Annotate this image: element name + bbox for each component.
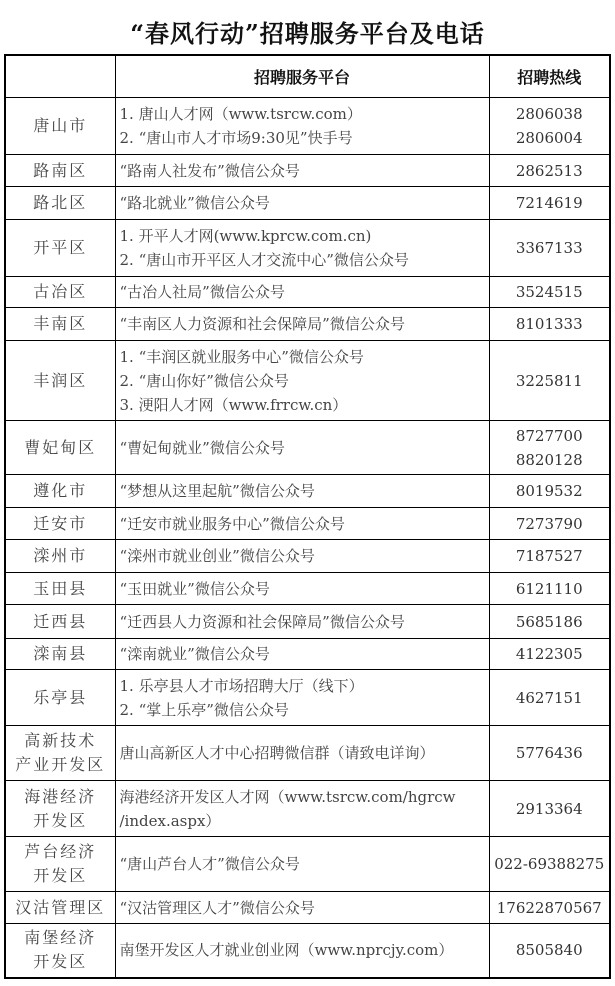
table-row: 乐亭县1. 乐亭县人才市场招聘大厅（线下）2. “掌上乐亭”微信公众号46271… xyxy=(5,670,610,726)
hotline-cell: 7214619 xyxy=(489,187,610,220)
region-cell: 滦州市 xyxy=(5,540,115,573)
hotline-cell: 7273790 xyxy=(489,508,610,540)
platform-cell-line: “迁西县人力资源和社会保障局”微信公众号 xyxy=(120,610,489,634)
platform-cell: “丰南区人力资源和社会保障局”微信公众号 xyxy=(115,308,489,341)
hotline-cell: 4627151 xyxy=(489,670,610,726)
region-cell-line: 丰南区 xyxy=(6,312,115,336)
platform-cell: 1. “丰润区就业服务中心”微信公众号2. “唐山你好”微信公众号3. 浭阳人才… xyxy=(115,341,489,421)
platform-cell-line: 南堡开发区人才就业创业网（www.nprcjy.com） xyxy=(120,938,489,962)
hotline-cell-line: 8820128 xyxy=(490,448,610,472)
region-cell: 汉沽管理区 xyxy=(5,892,115,924)
region-cell: 迁西县 xyxy=(5,605,115,639)
region-cell-line: 开发区 xyxy=(6,864,115,888)
hotline-cell-line: 7187527 xyxy=(490,544,610,568)
hotline-cell: 3225811 xyxy=(489,341,610,421)
platform-cell-line: 2. “唐山市人才市场9:30见”快手号 xyxy=(120,126,489,150)
platform-cell-line: 3. 浭阳人才网（www.frrcw.cn） xyxy=(120,393,489,417)
hotline-cell: 8505840 xyxy=(489,924,610,978)
hotline-cell-line: 3225811 xyxy=(490,369,610,393)
region-cell: 丰润区 xyxy=(5,341,115,421)
platform-cell-line: “路北就业”微信公众号 xyxy=(120,191,489,215)
hotline-cell: 17622870567 xyxy=(489,892,610,924)
platform-cell-line: “梦想从这里起航”微信公众号 xyxy=(120,479,489,503)
region-cell: 乐亭县 xyxy=(5,670,115,726)
hotline-cell: 87277008820128 xyxy=(489,421,610,475)
region-cell: 遵化市 xyxy=(5,475,115,508)
hotline-cell: 4122305 xyxy=(489,639,610,670)
region-cell-line: 乐亭县 xyxy=(6,686,115,710)
table-row: 海港经济开发区海港经济开发区人才网（www.tsrcw.com/hgrcw/in… xyxy=(5,781,610,837)
table-row: 古冶区“古冶人社局”微信公众号3524515 xyxy=(5,277,610,308)
table-row: 丰南区“丰南区人力资源和社会保障局”微信公众号8101333 xyxy=(5,308,610,341)
table-row: 汉沽管理区“汉沽管理区人才”微信公众号17622870567 xyxy=(5,892,610,924)
hotline-cell: 7187527 xyxy=(489,540,610,573)
hotline-cell: 3367133 xyxy=(489,220,610,277)
region-cell-line: 路南区 xyxy=(6,159,115,183)
hotline-cell-line: 022-69388275 xyxy=(490,852,610,876)
region-cell-line: 路北区 xyxy=(6,191,115,215)
platform-cell: “汉沽管理区人才”微信公众号 xyxy=(115,892,489,924)
hotline-cell-line: 5776436 xyxy=(490,741,610,765)
platform-cell: 1. 开平人才网(www.kprcw.com.cn)2. “唐山市开平区人才交流… xyxy=(115,220,489,277)
table-row: 迁安市“迁安市就业服务中心”微信公众号7273790 xyxy=(5,508,610,540)
table-row: 高新技术产业开发区唐山高新区人才中心招聘微信群（请致电详询）5776436 xyxy=(5,726,610,781)
region-cell: 古冶区 xyxy=(5,277,115,308)
hotline-cell-line: 8727700 xyxy=(490,424,610,448)
region-cell: 海港经济开发区 xyxy=(5,781,115,837)
platform-cell: “迁西县人力资源和社会保障局”微信公众号 xyxy=(115,605,489,639)
platform-cell-line: 海港经济开发区人才网（www.tsrcw.com/hgrcw xyxy=(120,785,489,809)
table-row: 唐山市1. 唐山人才网（www.tsrcw.com）2. “唐山市人才市场9:3… xyxy=(5,98,610,155)
platform-cell-line: “路南人社发布”微信公众号 xyxy=(120,159,489,183)
hotline-cell-line: 6121110 xyxy=(490,577,610,601)
table-row: 丰润区1. “丰润区就业服务中心”微信公众号2. “唐山你好”微信公众号3. 浭… xyxy=(5,341,610,421)
platform-cell-line: “古冶人社局”微信公众号 xyxy=(120,280,489,304)
hotline-cell: 8019532 xyxy=(489,475,610,508)
table-body: 唐山市1. 唐山人才网（www.tsrcw.com）2. “唐山市人才市场9:3… xyxy=(5,98,610,978)
table-row: 南堡经济开发区南堡开发区人才就业创业网（www.nprcjy.com）85058… xyxy=(5,924,610,978)
hotline-cell: 5776436 xyxy=(489,726,610,781)
hotline-cell-line: 8505840 xyxy=(490,938,610,962)
region-cell-line: 南堡经济 xyxy=(6,926,115,950)
region-cell-line: 曹妃甸区 xyxy=(6,436,115,460)
hotline-cell: 8101333 xyxy=(489,308,610,341)
region-cell-line: 滦南县 xyxy=(6,642,115,666)
region-cell: 丰南区 xyxy=(5,308,115,341)
hotline-cell-line: 4122305 xyxy=(490,642,610,666)
hotline-cell-line: 7273790 xyxy=(490,512,610,536)
platform-cell-line: “滦州市就业创业”微信公众号 xyxy=(120,544,489,568)
header-region xyxy=(5,55,115,98)
header-hotline: 招聘热线 xyxy=(489,55,610,98)
platform-cell-line: 1. “丰润区就业服务中心”微信公众号 xyxy=(120,345,489,369)
platform-cell: “路南人社发布”微信公众号 xyxy=(115,155,489,187)
hotline-cell-line: 8101333 xyxy=(490,312,610,336)
platform-cell: “古冶人社局”微信公众号 xyxy=(115,277,489,308)
region-cell-line: 开平区 xyxy=(6,236,115,260)
table-row: 滦南县“滦南就业”微信公众号4122305 xyxy=(5,639,610,670)
platform-cell-line: 1. 唐山人才网（www.tsrcw.com） xyxy=(120,102,489,126)
table-row: 滦州市“滦州市就业创业”微信公众号7187527 xyxy=(5,540,610,573)
hotline-cell: 2913364 xyxy=(489,781,610,837)
region-cell: 路南区 xyxy=(5,155,115,187)
region-cell: 路北区 xyxy=(5,187,115,220)
platform-cell: “滦南就业”微信公众号 xyxy=(115,639,489,670)
header-platform: 招聘服务平台 xyxy=(115,55,489,98)
platform-cell-line: “汉沽管理区人才”微信公众号 xyxy=(120,896,489,920)
region-cell: 高新技术产业开发区 xyxy=(5,726,115,781)
hotline-cell: 3524515 xyxy=(489,277,610,308)
platform-cell-line: “玉田就业”微信公众号 xyxy=(120,577,489,601)
region-cell-line: 丰润区 xyxy=(6,369,115,393)
region-cell-line: 产业开发区 xyxy=(6,753,115,777)
table-row: 开平区1. 开平人才网(www.kprcw.com.cn)2. “唐山市开平区人… xyxy=(5,220,610,277)
region-cell-line: 高新技术 xyxy=(6,729,115,753)
table-row: 芦台经济开发区“唐山芦台人才”微信公众号022-69388275 xyxy=(5,837,610,892)
region-cell: 玉田县 xyxy=(5,573,115,605)
platform-cell-line: 1. 开平人才网(www.kprcw.com.cn) xyxy=(120,224,489,248)
hotline-cell-line: 3524515 xyxy=(490,280,610,304)
hotline-cell-line: 2806038 xyxy=(490,102,610,126)
platform-cell: “梦想从这里起航”微信公众号 xyxy=(115,475,489,508)
table-row: 路北区“路北就业”微信公众号7214619 xyxy=(5,187,610,220)
region-cell-line: 迁西县 xyxy=(6,610,115,634)
platform-cell: “滦州市就业创业”微信公众号 xyxy=(115,540,489,573)
platform-cell-line: 1. 乐亭县人才市场招聘大厅（线下） xyxy=(120,674,489,698)
region-cell-line: 芦台经济 xyxy=(6,840,115,864)
hotline-cell-line: 2806004 xyxy=(490,126,610,150)
platform-cell-line: 2. “唐山市开平区人才交流中心”微信公众号 xyxy=(120,248,489,272)
platform-cell: 1. 乐亭县人才市场招聘大厅（线下）2. “掌上乐亭”微信公众号 xyxy=(115,670,489,726)
region-cell: 开平区 xyxy=(5,220,115,277)
platform-cell: “路北就业”微信公众号 xyxy=(115,187,489,220)
platform-cell: 1. 唐山人才网（www.tsrcw.com）2. “唐山市人才市场9:30见”… xyxy=(115,98,489,155)
platform-cell-line: 2. “唐山你好”微信公众号 xyxy=(120,369,489,393)
recruitment-table: 招聘服务平台 招聘热线 唐山市1. 唐山人才网（www.tsrcw.com）2.… xyxy=(4,54,611,979)
platform-cell: “曹妃甸就业”微信公众号 xyxy=(115,421,489,475)
region-cell-line: 汉沽管理区 xyxy=(6,896,115,920)
table-row: 曹妃甸区“曹妃甸就业”微信公众号87277008820128 xyxy=(5,421,610,475)
platform-cell: 唐山高新区人才中心招聘微信群（请致电详询） xyxy=(115,726,489,781)
region-cell: 南堡经济开发区 xyxy=(5,924,115,978)
hotline-cell-line: 17622870567 xyxy=(490,896,610,920)
platform-cell-line: “唐山芦台人才”微信公众号 xyxy=(120,852,489,876)
region-cell-line: 开发区 xyxy=(6,950,115,974)
region-cell: 唐山市 xyxy=(5,98,115,155)
hotline-cell-line: 3367133 xyxy=(490,236,610,260)
region-cell-line: 开发区 xyxy=(6,809,115,833)
region-cell-line: 唐山市 xyxy=(6,114,115,138)
hotline-cell-line: 8019532 xyxy=(490,479,610,503)
region-cell-line: 海港经济 xyxy=(6,785,115,809)
region-cell: 芦台经济开发区 xyxy=(5,837,115,892)
platform-cell-line: /index.aspx） xyxy=(120,809,489,833)
hotline-cell-line: 2913364 xyxy=(490,797,610,821)
region-cell-line: 遵化市 xyxy=(6,479,115,503)
platform-cell: “玉田就业”微信公众号 xyxy=(115,573,489,605)
region-cell-line: 滦州市 xyxy=(6,544,115,568)
platform-cell-line: “滦南就业”微信公众号 xyxy=(120,642,489,666)
region-cell-line: 迁安市 xyxy=(6,512,115,536)
hotline-cell: 5685186 xyxy=(489,605,610,639)
platform-cell-line: “丰南区人力资源和社会保障局”微信公众号 xyxy=(120,312,489,336)
region-cell-line: 古冶区 xyxy=(6,280,115,304)
platform-cell: “迁安市就业服务中心”微信公众号 xyxy=(115,508,489,540)
hotline-cell-line: 2862513 xyxy=(490,159,610,183)
platform-cell-line: 唐山高新区人才中心招聘微信群（请致电详询） xyxy=(120,741,489,765)
region-cell: 滦南县 xyxy=(5,639,115,670)
table-row: 迁西县“迁西县人力资源和社会保障局”微信公众号5685186 xyxy=(5,605,610,639)
platform-cell-line: 2. “掌上乐亭”微信公众号 xyxy=(120,698,489,722)
hotline-cell-line: 4627151 xyxy=(490,686,610,710)
table-row: 遵化市“梦想从这里起航”微信公众号8019532 xyxy=(5,475,610,508)
platform-cell-line: “曹妃甸就业”微信公众号 xyxy=(120,436,489,460)
table-row: 路南区“路南人社发布”微信公众号2862513 xyxy=(5,155,610,187)
platform-cell: “唐山芦台人才”微信公众号 xyxy=(115,837,489,892)
page-title: “春风行动”招聘服务平台及电话 xyxy=(0,14,615,49)
table-header-row: 招聘服务平台 招聘热线 xyxy=(5,55,610,98)
table-row: 玉田县“玉田就业”微信公众号6121110 xyxy=(5,573,610,605)
hotline-cell: 28060382806004 xyxy=(489,98,610,155)
platform-cell-line: “迁安市就业服务中心”微信公众号 xyxy=(120,512,489,536)
hotline-cell: 6121110 xyxy=(489,573,610,605)
platform-cell: 海港经济开发区人才网（www.tsrcw.com/hgrcw/index.asp… xyxy=(115,781,489,837)
region-cell: 迁安市 xyxy=(5,508,115,540)
hotline-cell: 022-69388275 xyxy=(489,837,610,892)
region-cell-line: 玉田县 xyxy=(6,577,115,601)
platform-cell: 南堡开发区人才就业创业网（www.nprcjy.com） xyxy=(115,924,489,978)
hotline-cell-line: 7214619 xyxy=(490,191,610,215)
hotline-cell: 2862513 xyxy=(489,155,610,187)
region-cell: 曹妃甸区 xyxy=(5,421,115,475)
hotline-cell-line: 5685186 xyxy=(490,610,610,634)
